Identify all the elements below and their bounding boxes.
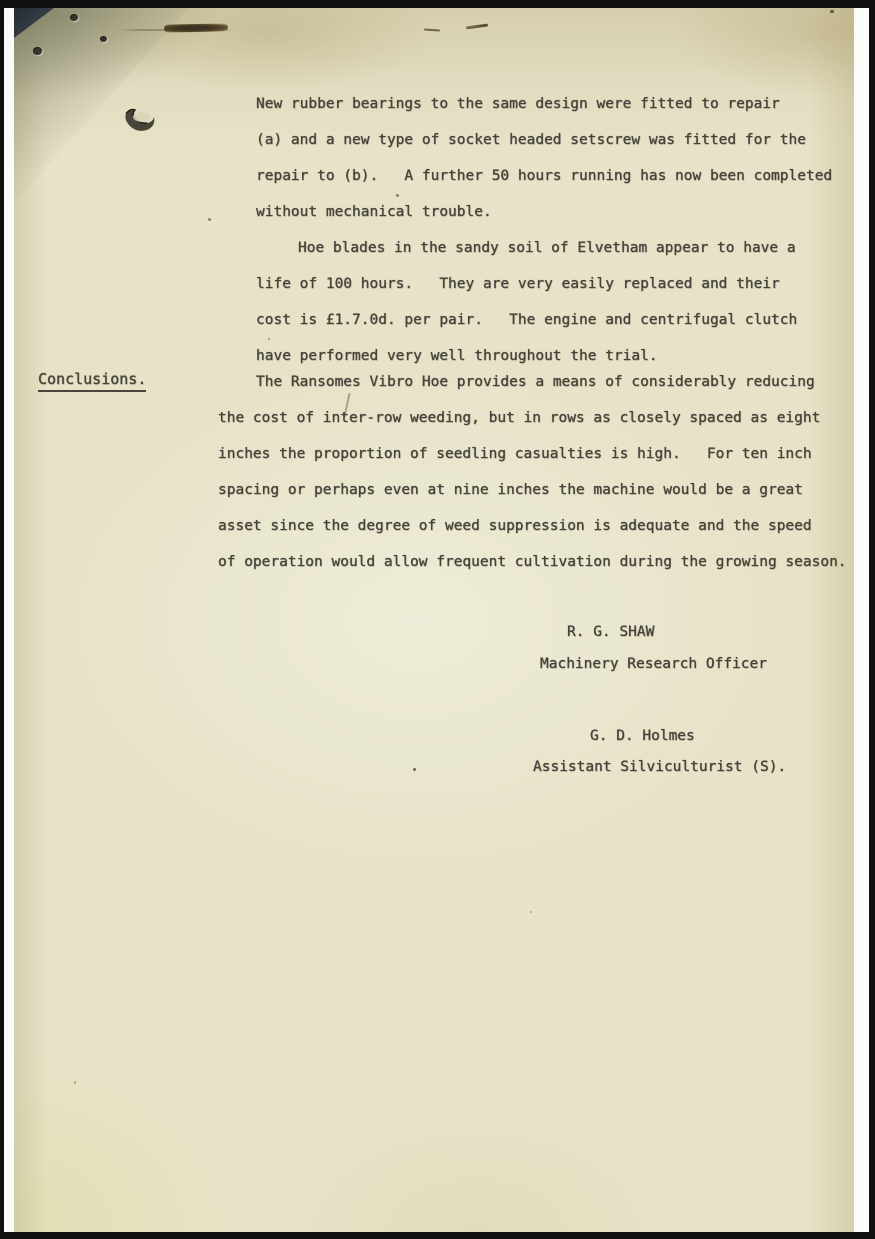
scratch-mark bbox=[466, 23, 488, 29]
scanned-document-frame: New rubber bearings to the same design w… bbox=[0, 0, 875, 1239]
paper-speck bbox=[830, 10, 834, 13]
signature-name-holmes: G. D. Holmes bbox=[590, 728, 695, 744]
signature-title-shaw: Machinery Research Officer bbox=[540, 656, 767, 672]
conclusions-label: Conclusions. bbox=[38, 370, 146, 392]
paper-speck bbox=[74, 1081, 76, 1084]
staple-hole-mark bbox=[100, 36, 107, 42]
staple-hole-mark bbox=[33, 47, 42, 55]
signature-title-holmes: Assistant Silviculturist (S). bbox=[533, 759, 786, 775]
paragraph-repairs: New rubber bearings to the same design w… bbox=[256, 86, 832, 230]
paper-speck bbox=[208, 218, 211, 221]
scratch-mark bbox=[424, 28, 440, 31]
ink-smudge-mark bbox=[164, 23, 228, 32]
paper: New rubber bearings to the same design w… bbox=[14, 8, 854, 1232]
staple-hole-mark bbox=[70, 14, 78, 21]
paper-speck bbox=[530, 911, 532, 913]
paragraph-hoe-blades: Hoe blades in the sandy soil of Elvetham… bbox=[256, 230, 797, 374]
paper-speck bbox=[413, 768, 416, 771]
paragraph-conclusions: The Ransomes Vibro Hoe provides a means … bbox=[218, 364, 847, 580]
punch-hole-mark bbox=[120, 104, 160, 138]
signature-name-shaw: R. G. SHAW bbox=[567, 624, 654, 640]
